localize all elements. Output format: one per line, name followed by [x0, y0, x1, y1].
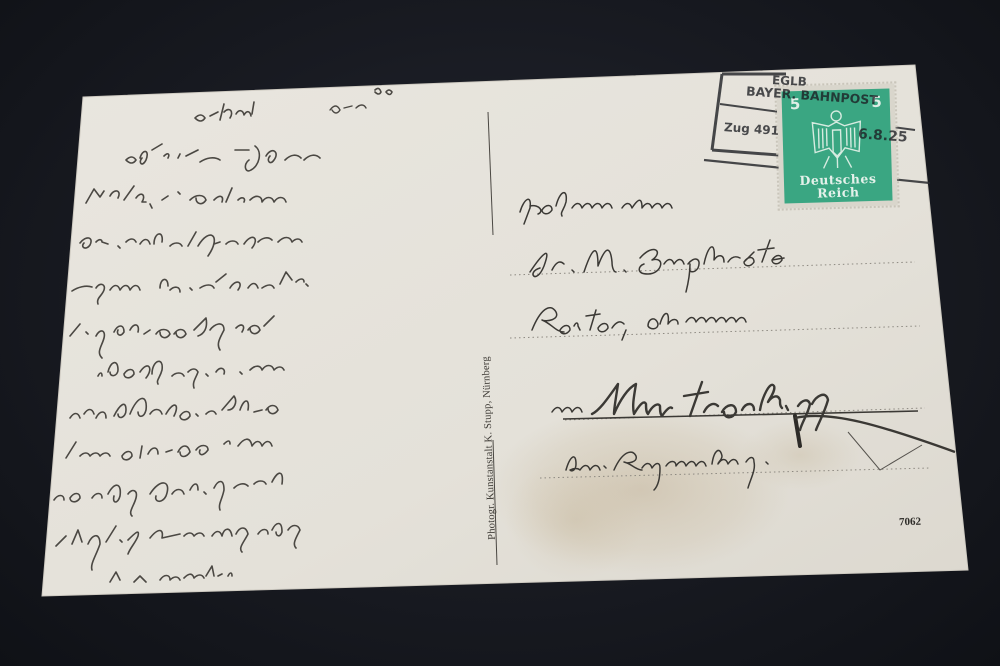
- postcard: 5 5 Deutsches Reich EGLB BAYER. BAHNPOST…: [0, 0, 1000, 666]
- postmark-date: 6.8.25: [858, 126, 909, 145]
- card-number: 7062: [899, 516, 921, 529]
